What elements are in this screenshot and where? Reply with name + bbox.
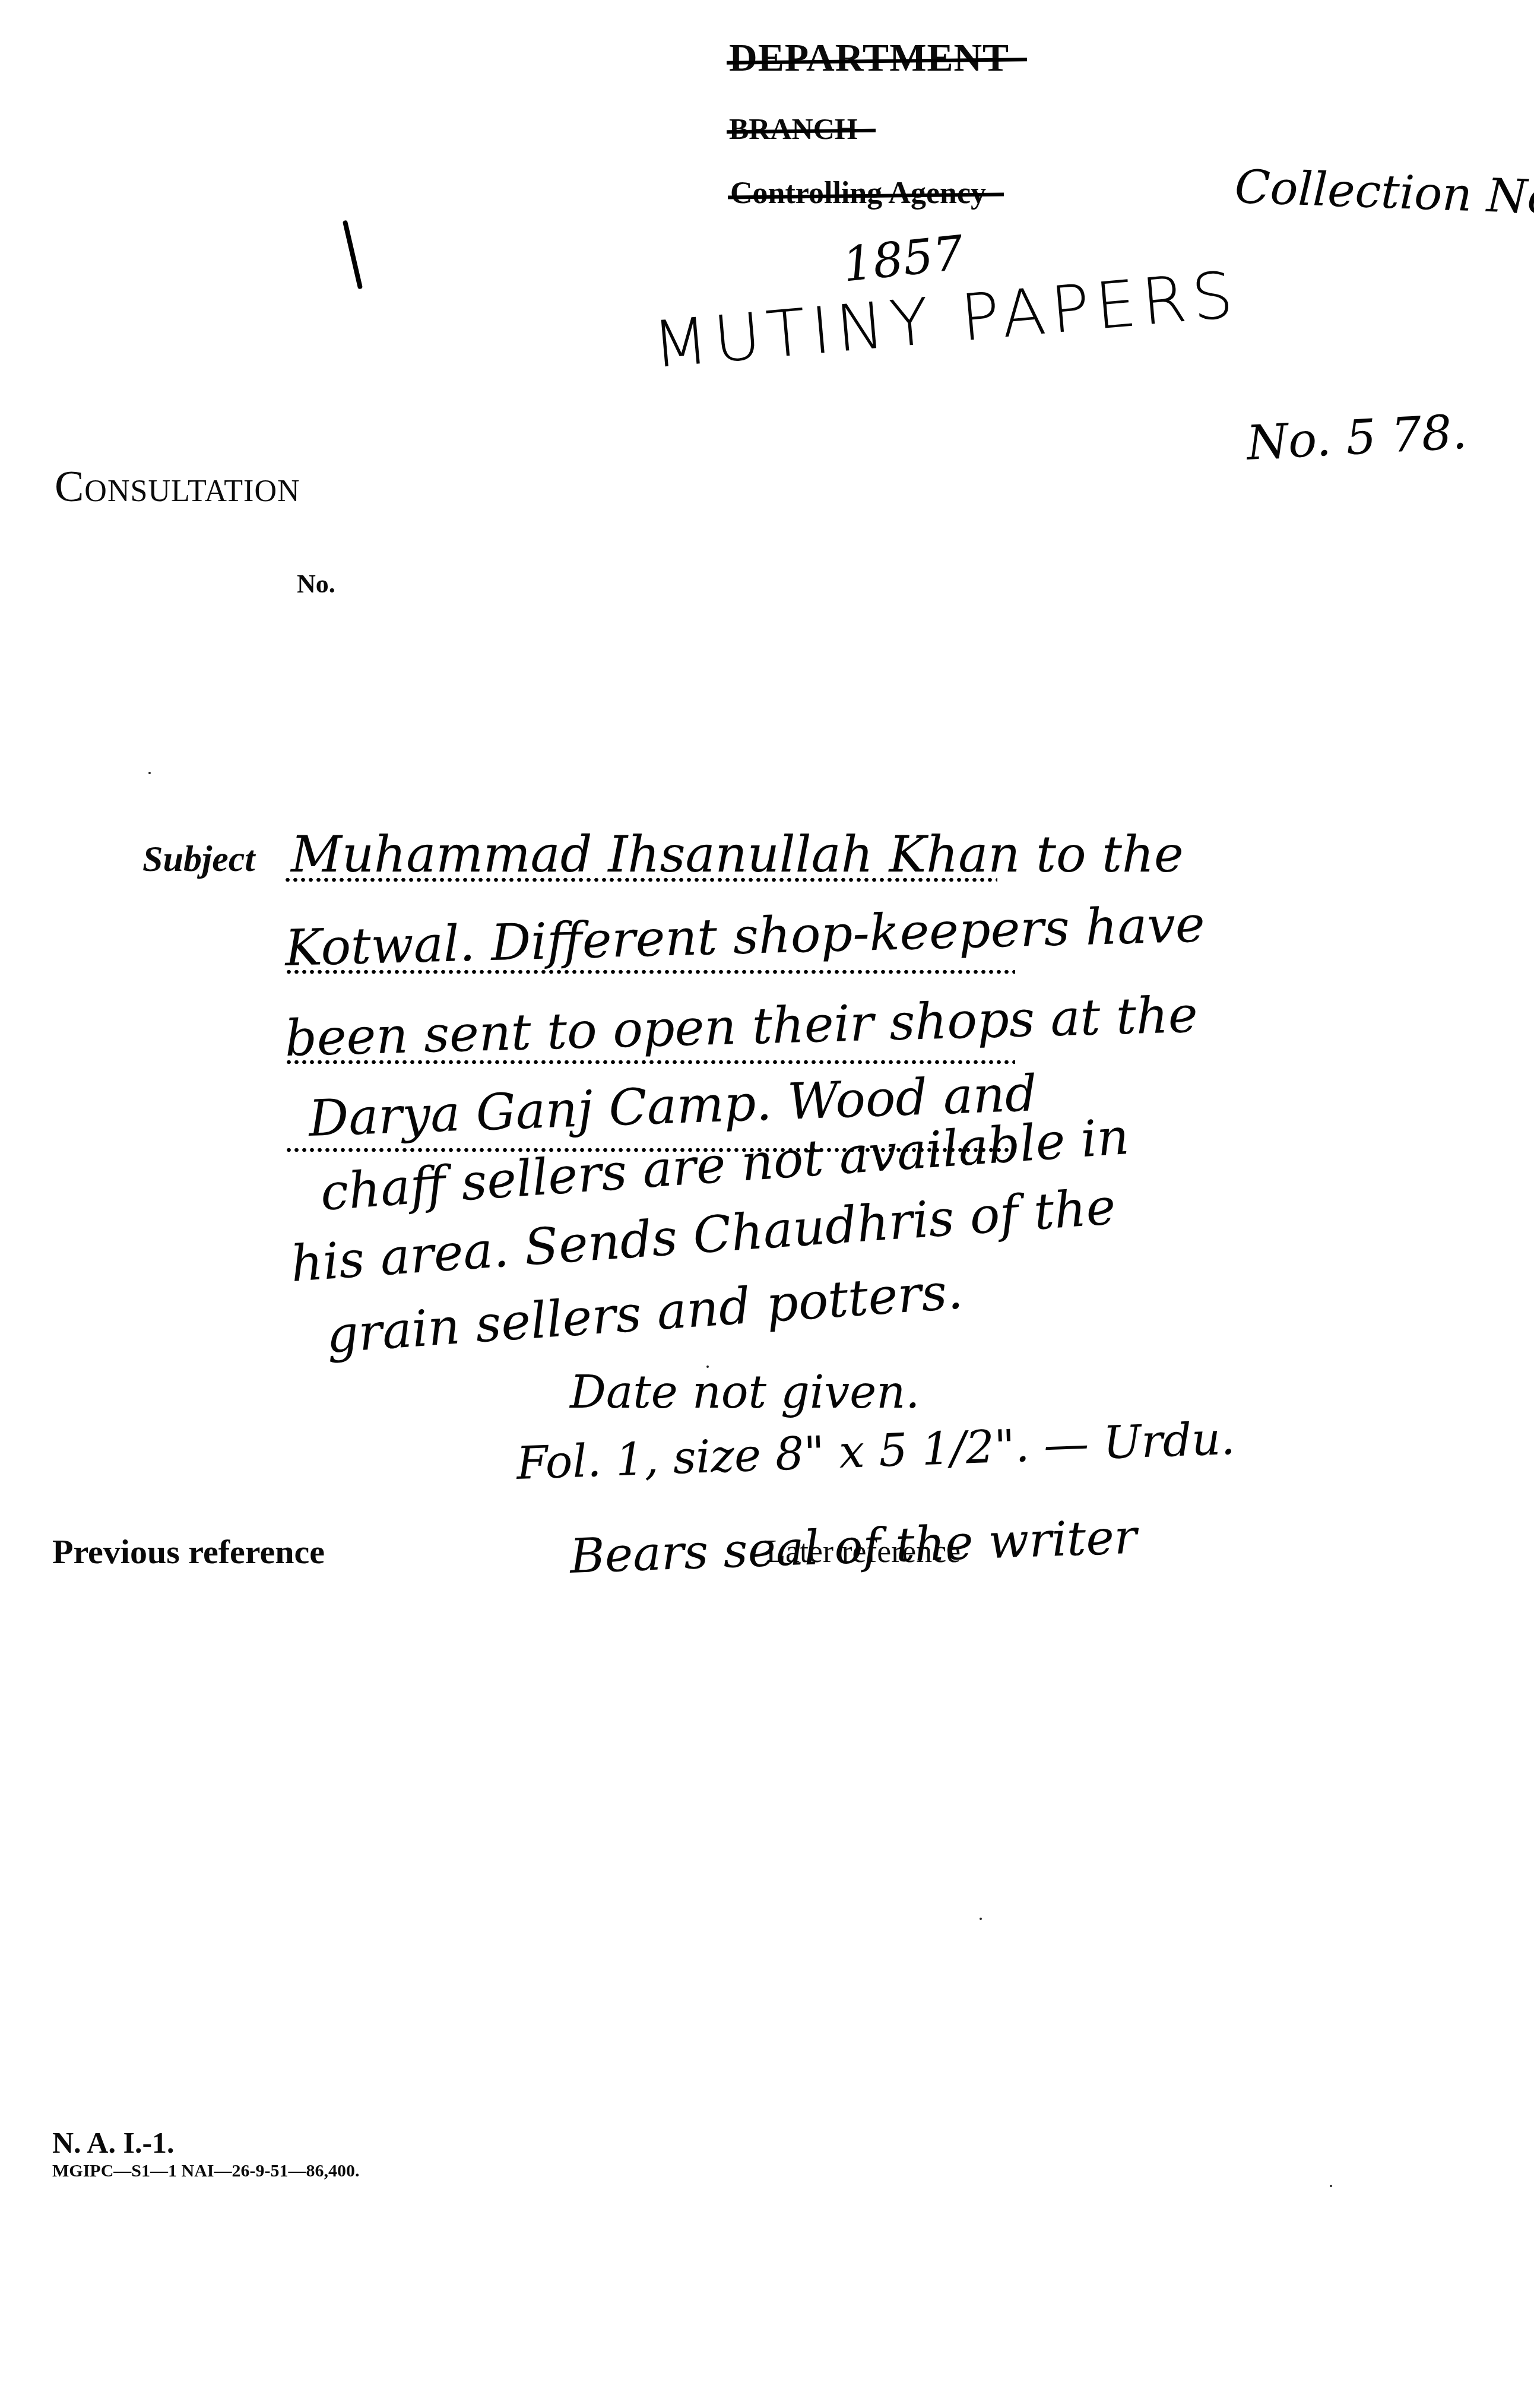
paper-number: No. 5 78. (1245, 404, 1469, 471)
print-code: MGIPC—S1—1 NAI—26-9-51—86,400. (52, 2161, 360, 2181)
date-note: Date not given. (570, 1365, 920, 1418)
form-code: N. A. I.-1. (52, 2125, 175, 2160)
scan-speck (706, 1365, 709, 1368)
consultation-label: Consultation (55, 462, 300, 512)
previous-reference-label: Previous reference (52, 1532, 325, 1571)
subject-label: Subject (142, 838, 255, 880)
department-label: DEPARTMENT (729, 36, 1009, 81)
collection-number: Collection No. 61 (1234, 160, 1534, 228)
scan-speck (1330, 2185, 1332, 2187)
seal-note: Bears seal of the writer (569, 1509, 1137, 1584)
consultation-number-label: No. (297, 569, 335, 599)
subject-line: Muhammad Ihsanullah Khan to the (291, 825, 1184, 883)
scan-speck (148, 772, 151, 774)
subject-line: Kotwal. Different shop-keepers have (284, 895, 1206, 977)
scan-speck (980, 1918, 982, 1920)
pen-stroke-mark (343, 220, 363, 290)
size-note: Fol. 1, size 8" x 5 1/2". — Urdu. (515, 1412, 1235, 1490)
controlling-agency-label: Controlling Agency (730, 176, 986, 211)
subject-line: been sent to open their shops at the (284, 986, 1199, 1067)
branch-label: BRANCH (729, 112, 858, 146)
